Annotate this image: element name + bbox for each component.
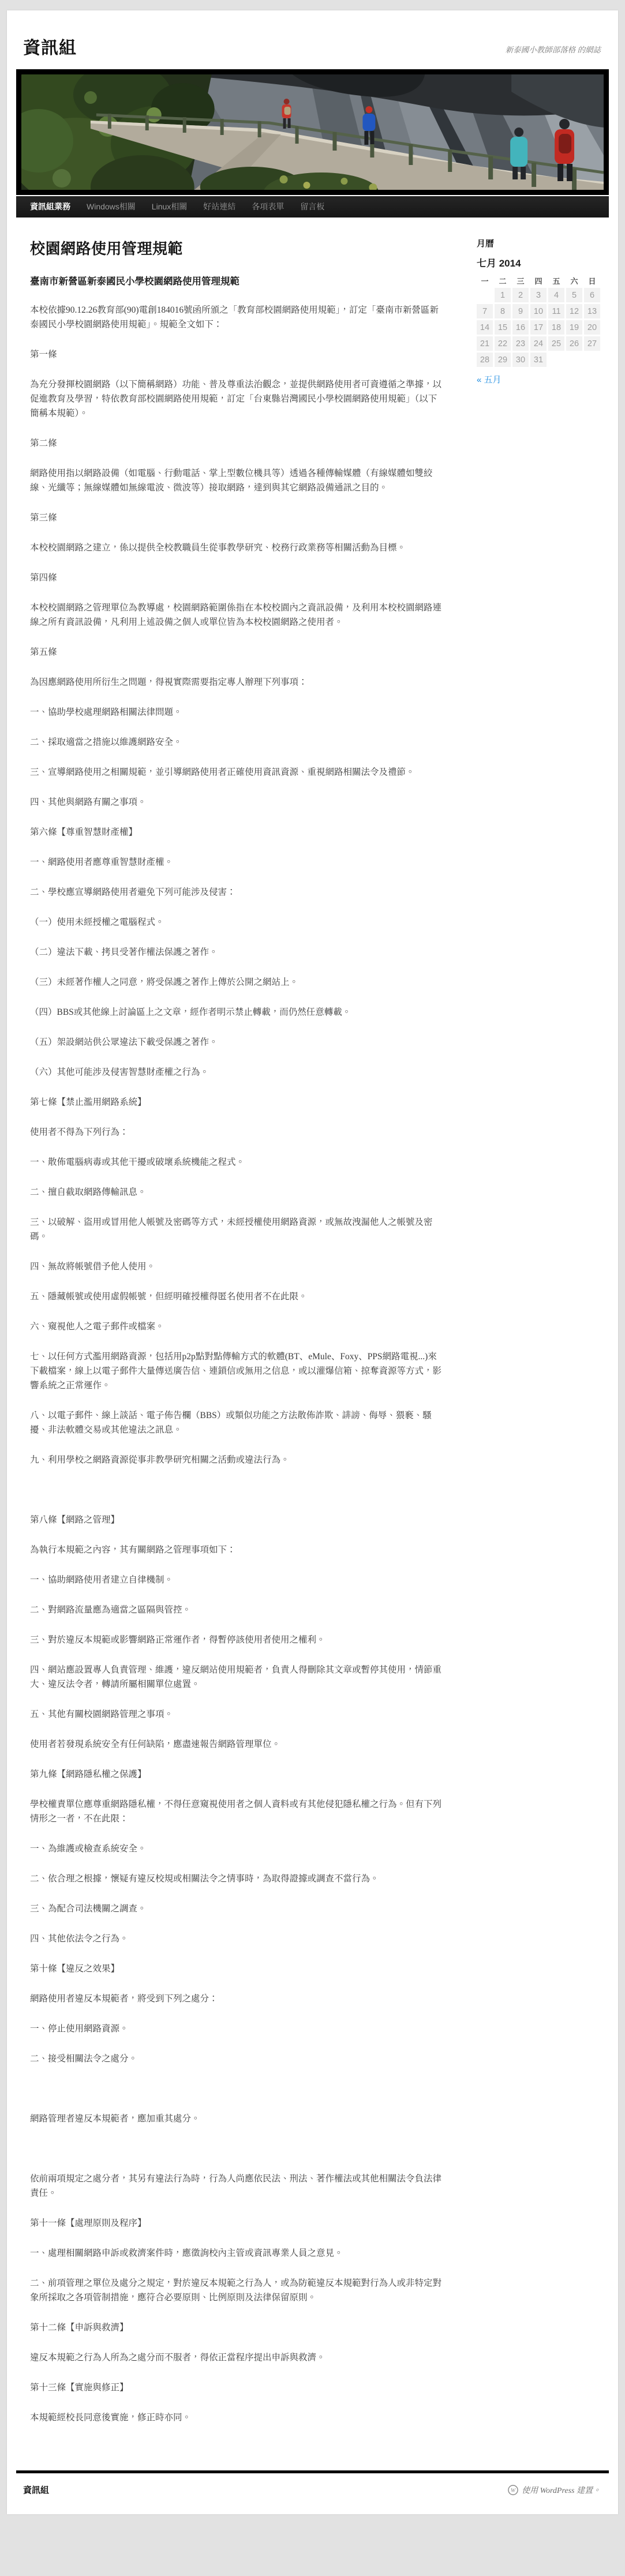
article-paragraph: 本校校園網路之建立，係以提供全校教職員生從事教學研究、校務行政業務等相關活動為目… [30,541,444,555]
article-paragraph: 第一條 [30,347,444,362]
content-area: 校園網路使用管理規範 臺南市新營區新泰國民小學校園網路使用管理規範 本校依據90… [7,218,618,2446]
calendar-day: 4 [548,288,564,302]
article-paragraph: 第九條【網路隱私權之保護】 [30,1767,444,1782]
article-paragraph: 為充分發揮校園網路（以下簡稱網路）功能、普及尊重法治觀念，並提供網路使用者可資遵… [30,377,444,421]
calendar-empty-cell [548,353,564,367]
article-paragraph: （四）BBS或其他線上討論區上之文章，經作者明示禁止轉載，而仍然任意轉載。 [30,1005,444,1019]
article-paragraph: 第八條【網路之管理】 [30,1513,444,1527]
calendar-day-header: 六 [566,275,582,286]
article-paragraph: （二）違法下載、拷貝受著作權法保護之著作。 [30,945,444,959]
nav-item-資訊組業務[interactable]: 資訊組業務 [22,196,78,218]
article-paragraph: 二、擅自截取網路傳輸訊息。 [30,1185,444,1199]
cliff-trail-photo [21,74,604,190]
calendar-week-row: 28293031 [477,353,600,367]
calendar-day: 16 [512,320,529,335]
article-paragraph: 為因應網路使用所衍生之問題，得視實際需要指定專人辦理下列事項： [30,675,444,689]
calendar-day: 3 [530,288,547,302]
calendar-day: 8 [495,304,511,318]
calendar-day: 24 [530,336,547,351]
sidebar: 月曆 七月 2014 一二三四五六日 123456789101112131415… [476,234,604,385]
article-paragraph: 五、隱藏帳號或使用虛假帳號，但經明確授權得匿名使用者不在此限。 [30,1289,444,1304]
article-paragraph: 第七條【禁止濫用網路系統】 [30,1095,444,1109]
main-nav: 資訊組業務Windows相關Linux相關好站連結各項表單留言板 [16,196,609,218]
article-paragraph: 五、其他有關校園網路管理之事項。 [30,1707,444,1722]
calendar-day: 1 [495,288,511,302]
calendar-day: 5 [566,288,582,302]
page-card: 資訊組 新泰國小教師部落格 的網誌 [7,10,618,2514]
article: 校園網路使用管理規範 臺南市新營區新泰國民小學校園網路使用管理規範 本校依據90… [30,234,444,2440]
article-paragraph: 網路使用者違反本規範者，將受到下列之處分： [30,1992,444,2006]
calendar-day: 7 [477,304,493,318]
calendar-day: 17 [530,320,547,335]
article-paragraph: （一）使用未經授權之電腦程式。 [30,915,444,929]
article-paragraph: 使用者若發現系統安全有任何缺陷，應盡速報告網路管理單位。 [30,1737,444,1752]
calendar-day: 13 [584,304,600,318]
article-paragraph: 一、協助網路使用者建立自律機制。 [30,1573,444,1587]
calendar-day: 10 [530,304,547,318]
article-paragraph: 二、學校應宣導網路使用者避免下列可能涉及侵害： [30,885,444,899]
nav-item-好站連結[interactable]: 好站連結 [195,196,244,218]
article-paragraph: 本規範經校長同意後實施，修正時亦同。 [30,2410,444,2425]
calendar-day-header: 三 [512,275,529,286]
article-paragraph: 一、協助學校處理網路相關法律問題。 [30,705,444,719]
page-title: 校園網路使用管理規範 [30,237,444,258]
calendar-day: 9 [512,304,529,318]
calendar-empty-cell [566,353,582,367]
article-paragraph: 第十二條【申訴與救濟】 [30,2320,444,2335]
article-paragraph [30,2142,444,2156]
article-paragraph: 三、為配合司法機關之調查。 [30,1902,444,1916]
nav-item-Linux相關[interactable]: Linux相關 [144,196,195,218]
nav-item-Windows相關[interactable]: Windows相關 [78,196,144,218]
article-paragraph: 二、前項管理之單位及處分之規定，對於違反本規範之行為人，或為防範違反本規範對行為… [30,2276,444,2305]
article-paragraph: 第十一條【處理原則及程序】 [30,2216,444,2230]
wordpress-logo-icon: W [508,2485,518,2495]
article-paragraph: （五）架設網站供公眾違法下載受保護之著作。 [30,1035,444,1049]
article-paragraph: 網路管理者違反本規範者，應加重其處分。 [30,2112,444,2126]
article-paragraph: 本校依據90.12.26教育部(90)電創184016號函所頒之「教育部校園網路… [30,303,444,332]
article-paragraph: 七、以任何方式濫用網路資源，包括用p2p點對點傳輸方式的軟體(BT、eMule、… [30,1349,444,1393]
nav-item-留言板[interactable]: 留言板 [292,196,332,218]
article-paragraph: 八、以電子郵件、線上談話、電子佈告欄（BBS）或類似功能之方法散佈詐欺、誹謗、侮… [30,1408,444,1437]
wordpress-credit-text: 使用 WordPress 建置。 [522,2484,601,2496]
footer-site-title-link[interactable]: 資訊組 [23,2484,49,2496]
article-paragraph: 本校校園網路之管理單位為教導處，校園網路範圍係指在本校校園內之資訊設備，及利用本… [30,601,444,629]
calendar-day: 14 [477,320,493,335]
svg-text:W: W [511,2487,516,2493]
article-paragraph: 第三條 [30,511,444,525]
article-paragraph: 三、宣導網路使用之相關規範，並引導網路使用者正確使用資訊資源、重視網路相關法令及… [30,765,444,779]
calendar-day: 15 [495,320,511,335]
article-paragraph: 第六條【尊重智慧財產權】 [30,825,444,839]
article-paragraph: 四、網站應設置專人負責管理、維護，違反網站使用規範者，負責人得刪除其文章或暫停其… [30,1663,444,1692]
calendar-empty-cell [477,288,493,302]
calendar-day: 29 [495,353,511,367]
article-paragraph: 三、以破解、盜用或冒用他人帳號及密碼等方式，未經授權使用網路資源，或無故洩漏他人… [30,1215,444,1244]
calendar-day-header: 日 [584,275,600,286]
calendar-day: 31 [530,353,547,367]
article-subtitle: 臺南市新營區新泰國民小學校園網路使用管理規範 [30,273,444,287]
article-paragraph: 第十三條【實施與修正】 [30,2380,444,2395]
article-paragraph: 網路使用指以網路設備（如電腦、行動電話、掌上型數位機具等）透過各種傳輸媒體（有線… [30,466,444,495]
article-paragraph: 一、為維護或檢查系統安全。 [30,1842,444,1856]
calendar-day: 20 [584,320,600,335]
calendar-day: 26 [566,336,582,351]
calendar-day: 19 [566,320,582,335]
calendar-week-row: 78910111213 [477,304,600,318]
calendar-day: 12 [566,304,582,318]
calendar-widget-title: 月曆 [477,237,604,249]
article-paragraph: 三、對於違反本規範或影響網路正常運作者，得暫停該使用者使用之權利。 [30,1633,444,1647]
article-paragraph: 第四條 [30,571,444,585]
calendar-day: 28 [477,353,493,367]
article-paragraph: 二、接受相關法令之處分。 [30,2052,444,2066]
calendar-week-row: 14151617181920 [477,320,600,335]
article-paragraph: 違反本規範之行為人所為之處分而不服者，得依正當程序提出申訴與救濟。 [30,2350,444,2365]
nav-item-各項表單[interactable]: 各項表單 [244,196,292,218]
calendar-day: 27 [584,336,600,351]
calendar-week-row: 21222324252627 [477,336,600,351]
article-paragraph: 第十條【違反之效果】 [30,1962,444,1976]
calendar-day: 2 [512,288,529,302]
calendar-week-row: 123456 [477,288,600,302]
article-paragraph: 使用者不得為下列行為： [30,1125,444,1139]
wordpress-credit-link[interactable]: W 使用 WordPress 建置。 [508,2484,601,2496]
prev-month-link[interactable]: « 五月 [477,375,502,385]
calendar-day: 21 [477,336,493,351]
article-paragraph: 二、採取適當之措施以維護網路安全。 [30,735,444,749]
calendar-day-header: 一 [477,275,493,286]
article-paragraph: 九、利用學校之網路資源從事非教學研究相關之活動或違法行為。 [30,1453,444,1467]
calendar-day: 25 [548,336,564,351]
article-paragraph: 四、無故將帳號借予他人使用。 [30,1259,444,1274]
article-paragraph: 二、對網路流量應為適當之區隔與管控。 [30,1603,444,1617]
article-paragraph: 一、散佈電腦病毒或其他干擾或破壞系統機能之程式。 [30,1155,444,1169]
calendar-day: 30 [512,353,529,367]
calendar-table: 一二三四五六日 12345678910111213141516171819202… [475,273,602,369]
article-paragraph [30,1483,444,1497]
calendar-day-header: 二 [495,275,511,286]
article-paragraph: （三）未經著作權人之同意，將受保護之著作上傳於公開之網站上。 [30,975,444,989]
site-header: 資訊組 新泰國小教師部落格 的網誌 [7,10,618,65]
site-tagline: 新泰國小教師部落格 的網誌 [506,43,601,59]
article-paragraph: 第二條 [30,436,444,451]
calendar-day-header: 四 [530,275,547,286]
calendar-day-header: 五 [548,275,564,286]
article-paragraph [30,2082,444,2096]
site-footer: 資訊組 W 使用 WordPress 建置。 [16,2470,609,2513]
calendar-day: 23 [512,336,529,351]
article-paragraph: 學校權責單位應尊重網路隱私權，不得任意窺視使用者之個人資料或有其他侵犯隱私權之行… [30,1797,444,1826]
calendar-caption: 七月 2014 [477,255,604,269]
article-paragraph: 四、其他與網路有關之事項。 [30,795,444,809]
article-paragraph: （六）其他可能涉及侵害智慧財產權之行為。 [30,1065,444,1079]
calendar-day: 11 [548,304,564,318]
calendar-day: 6 [584,288,600,302]
article-paragraph: 六、窺視他人之電子郵件或檔案。 [30,1319,444,1334]
calendar-prev-month: « 五月 [477,373,604,385]
article-paragraph: 一、停止使用網路資源。 [30,2022,444,2036]
calendar-day: 18 [548,320,564,335]
article-paragraph: 四、其他依法令之行為。 [30,1932,444,1946]
article-paragraph: 一、網路使用者應尊重智慧財產權。 [30,855,444,869]
article-paragraph: 一、處理相關網路申訴或救濟案件時，應徵詢校內主管或資訊專業人員之意見。 [30,2246,444,2260]
article-body: 本校依據90.12.26教育部(90)電創184016號函所頒之「教育部校園網路… [30,303,444,2425]
article-paragraph: 為執行本規範之內容，其有關網路之管理事項如下： [30,1543,444,1557]
calendar-empty-cell [584,353,600,367]
header-image [16,69,609,195]
calendar-day: 22 [495,336,511,351]
article-paragraph: 第五條 [30,645,444,659]
article-paragraph: 二、依合理之根據，懷疑有違反校規或相關法令之情事時，為取得證據或調查不當行為。 [30,1872,444,1886]
site-title-link[interactable]: 資訊組 [23,33,77,59]
article-paragraph: 依前兩項規定之處分者，其另有違法行為時，行為人尚應依民法、刑法、著作權法或其他相… [30,2172,444,2200]
